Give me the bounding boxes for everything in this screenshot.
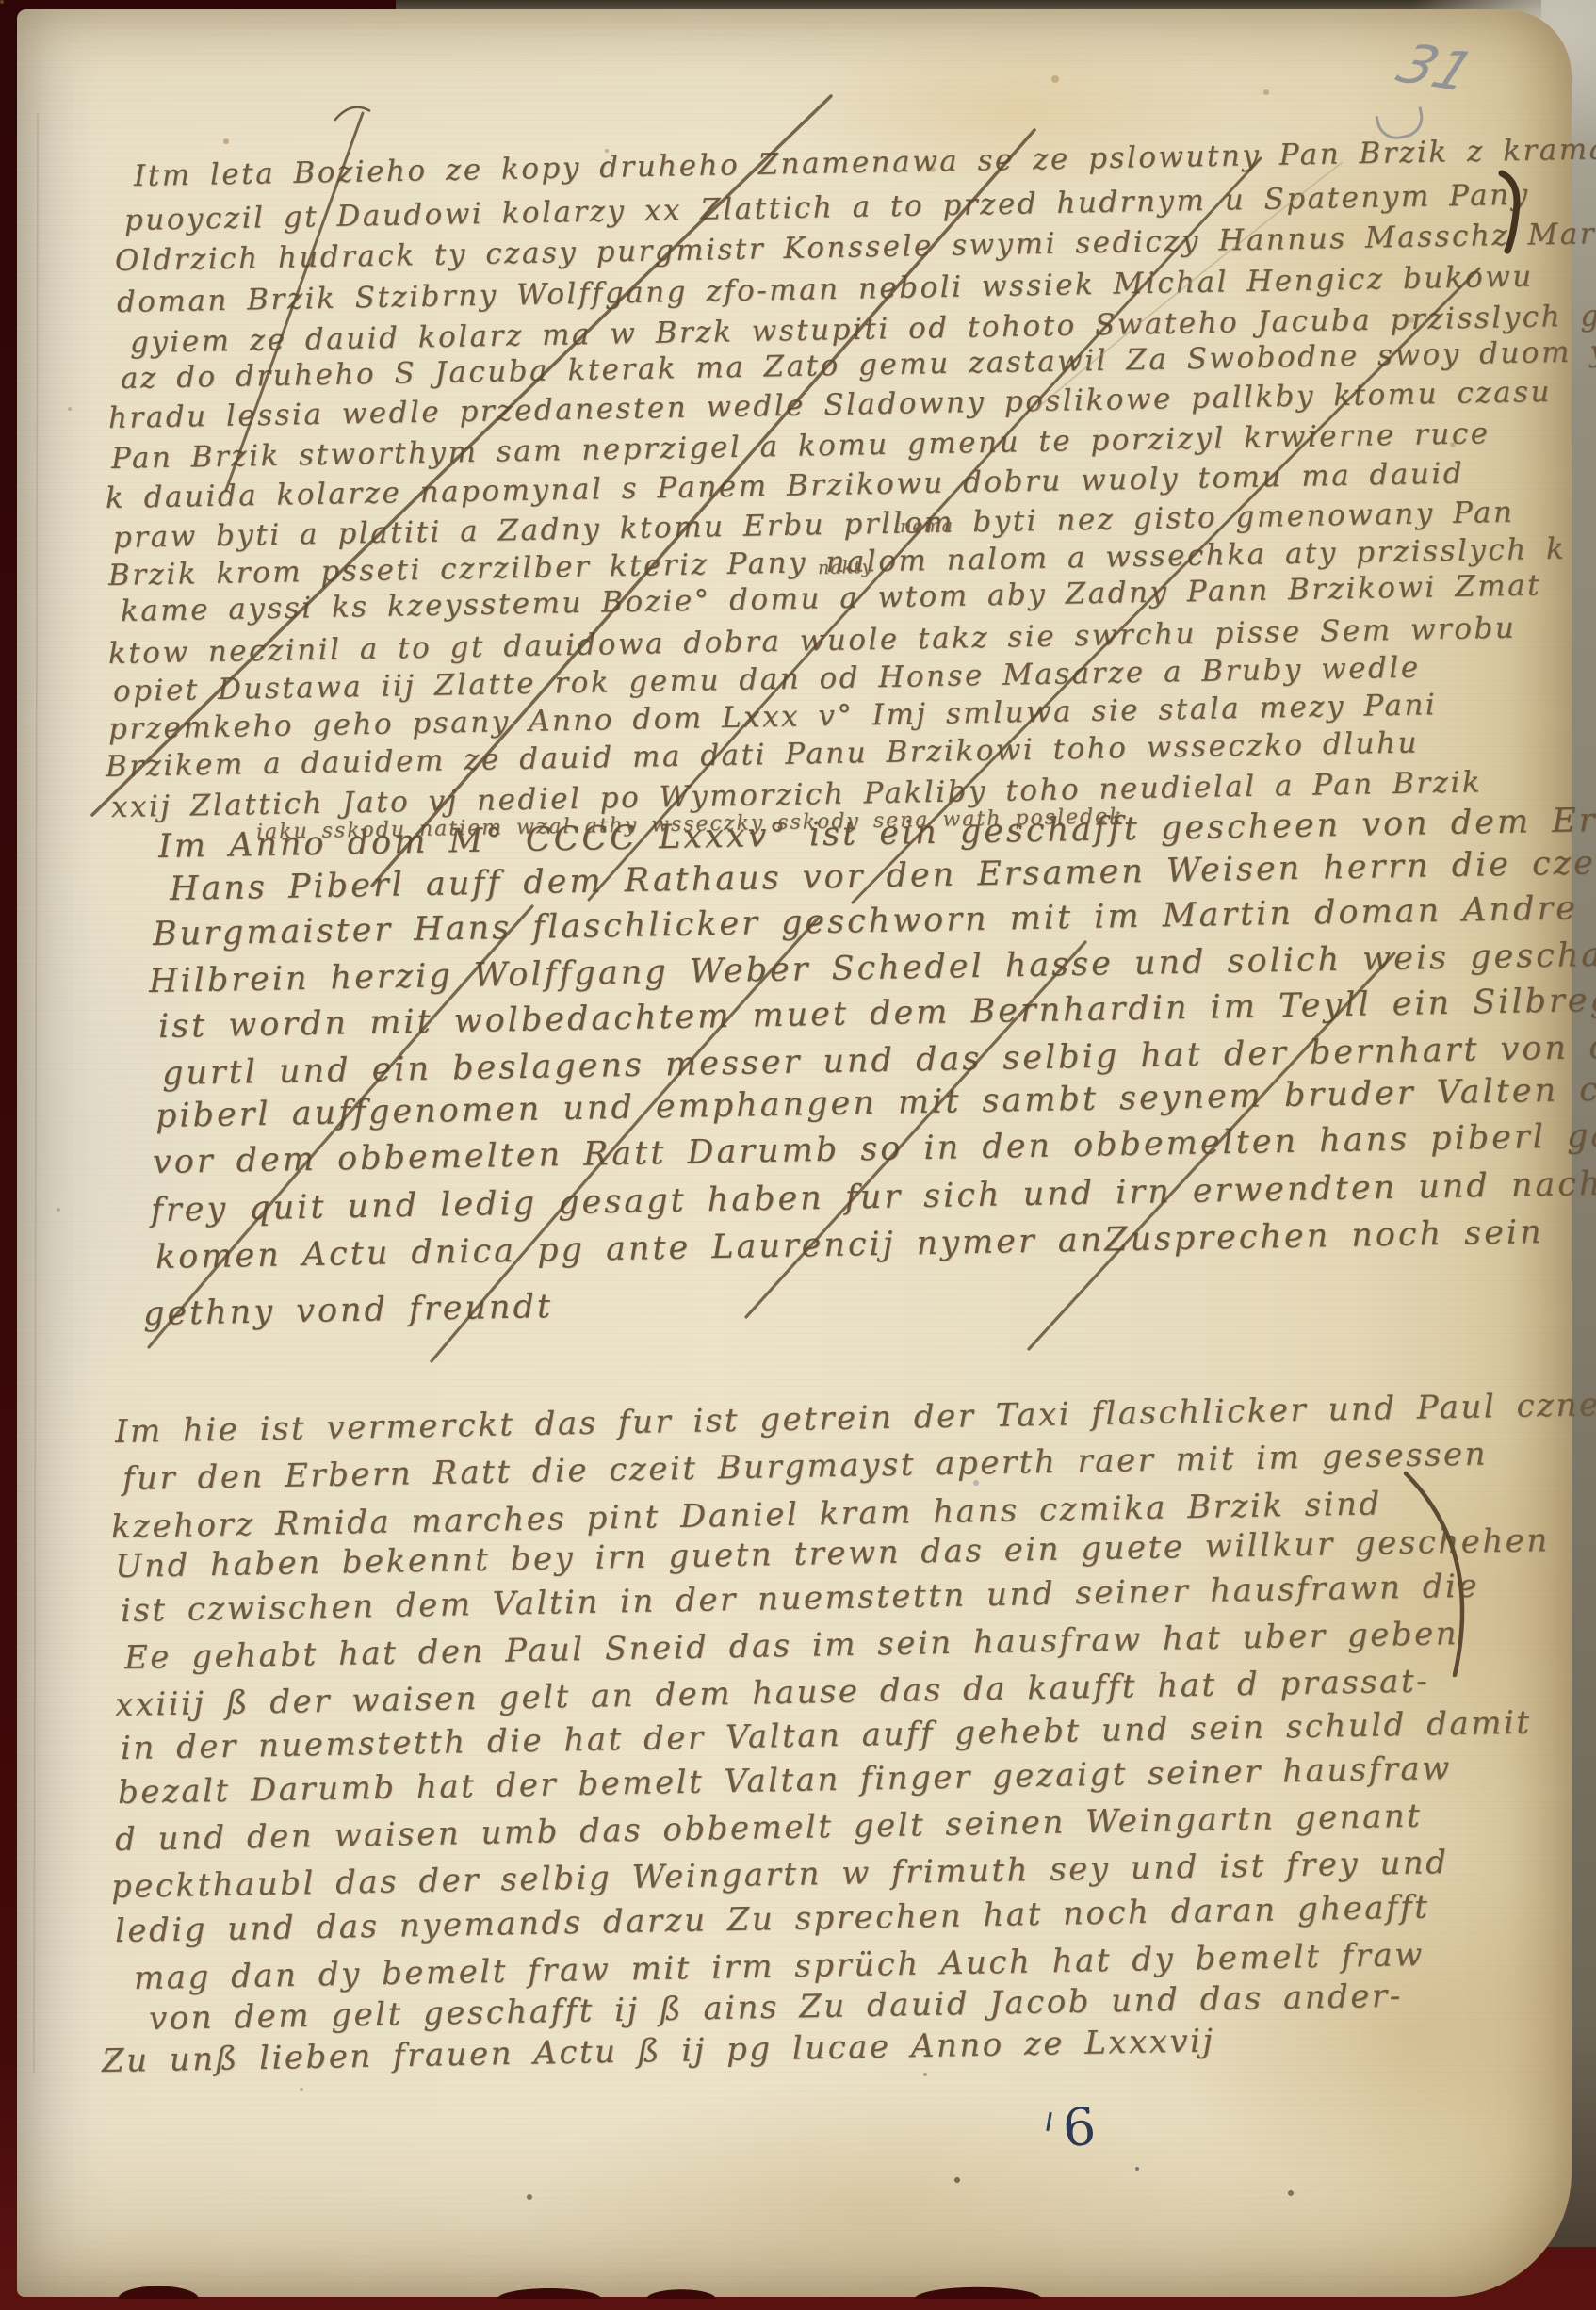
interlinear-word: nakty — [818, 557, 873, 578]
manuscript-line: gethny vond freundt — [143, 1288, 554, 1333]
folio-number-ink: 6 — [1061, 2096, 1098, 2158]
interlinear-word: nema — [900, 515, 953, 537]
fox-spots — [0, 0, 4, 4]
bottom-edge-nicks — [17, 2259, 1572, 2299]
manuscript-scan: { "page": { "kind": "bound register foli… — [0, 0, 1596, 2310]
